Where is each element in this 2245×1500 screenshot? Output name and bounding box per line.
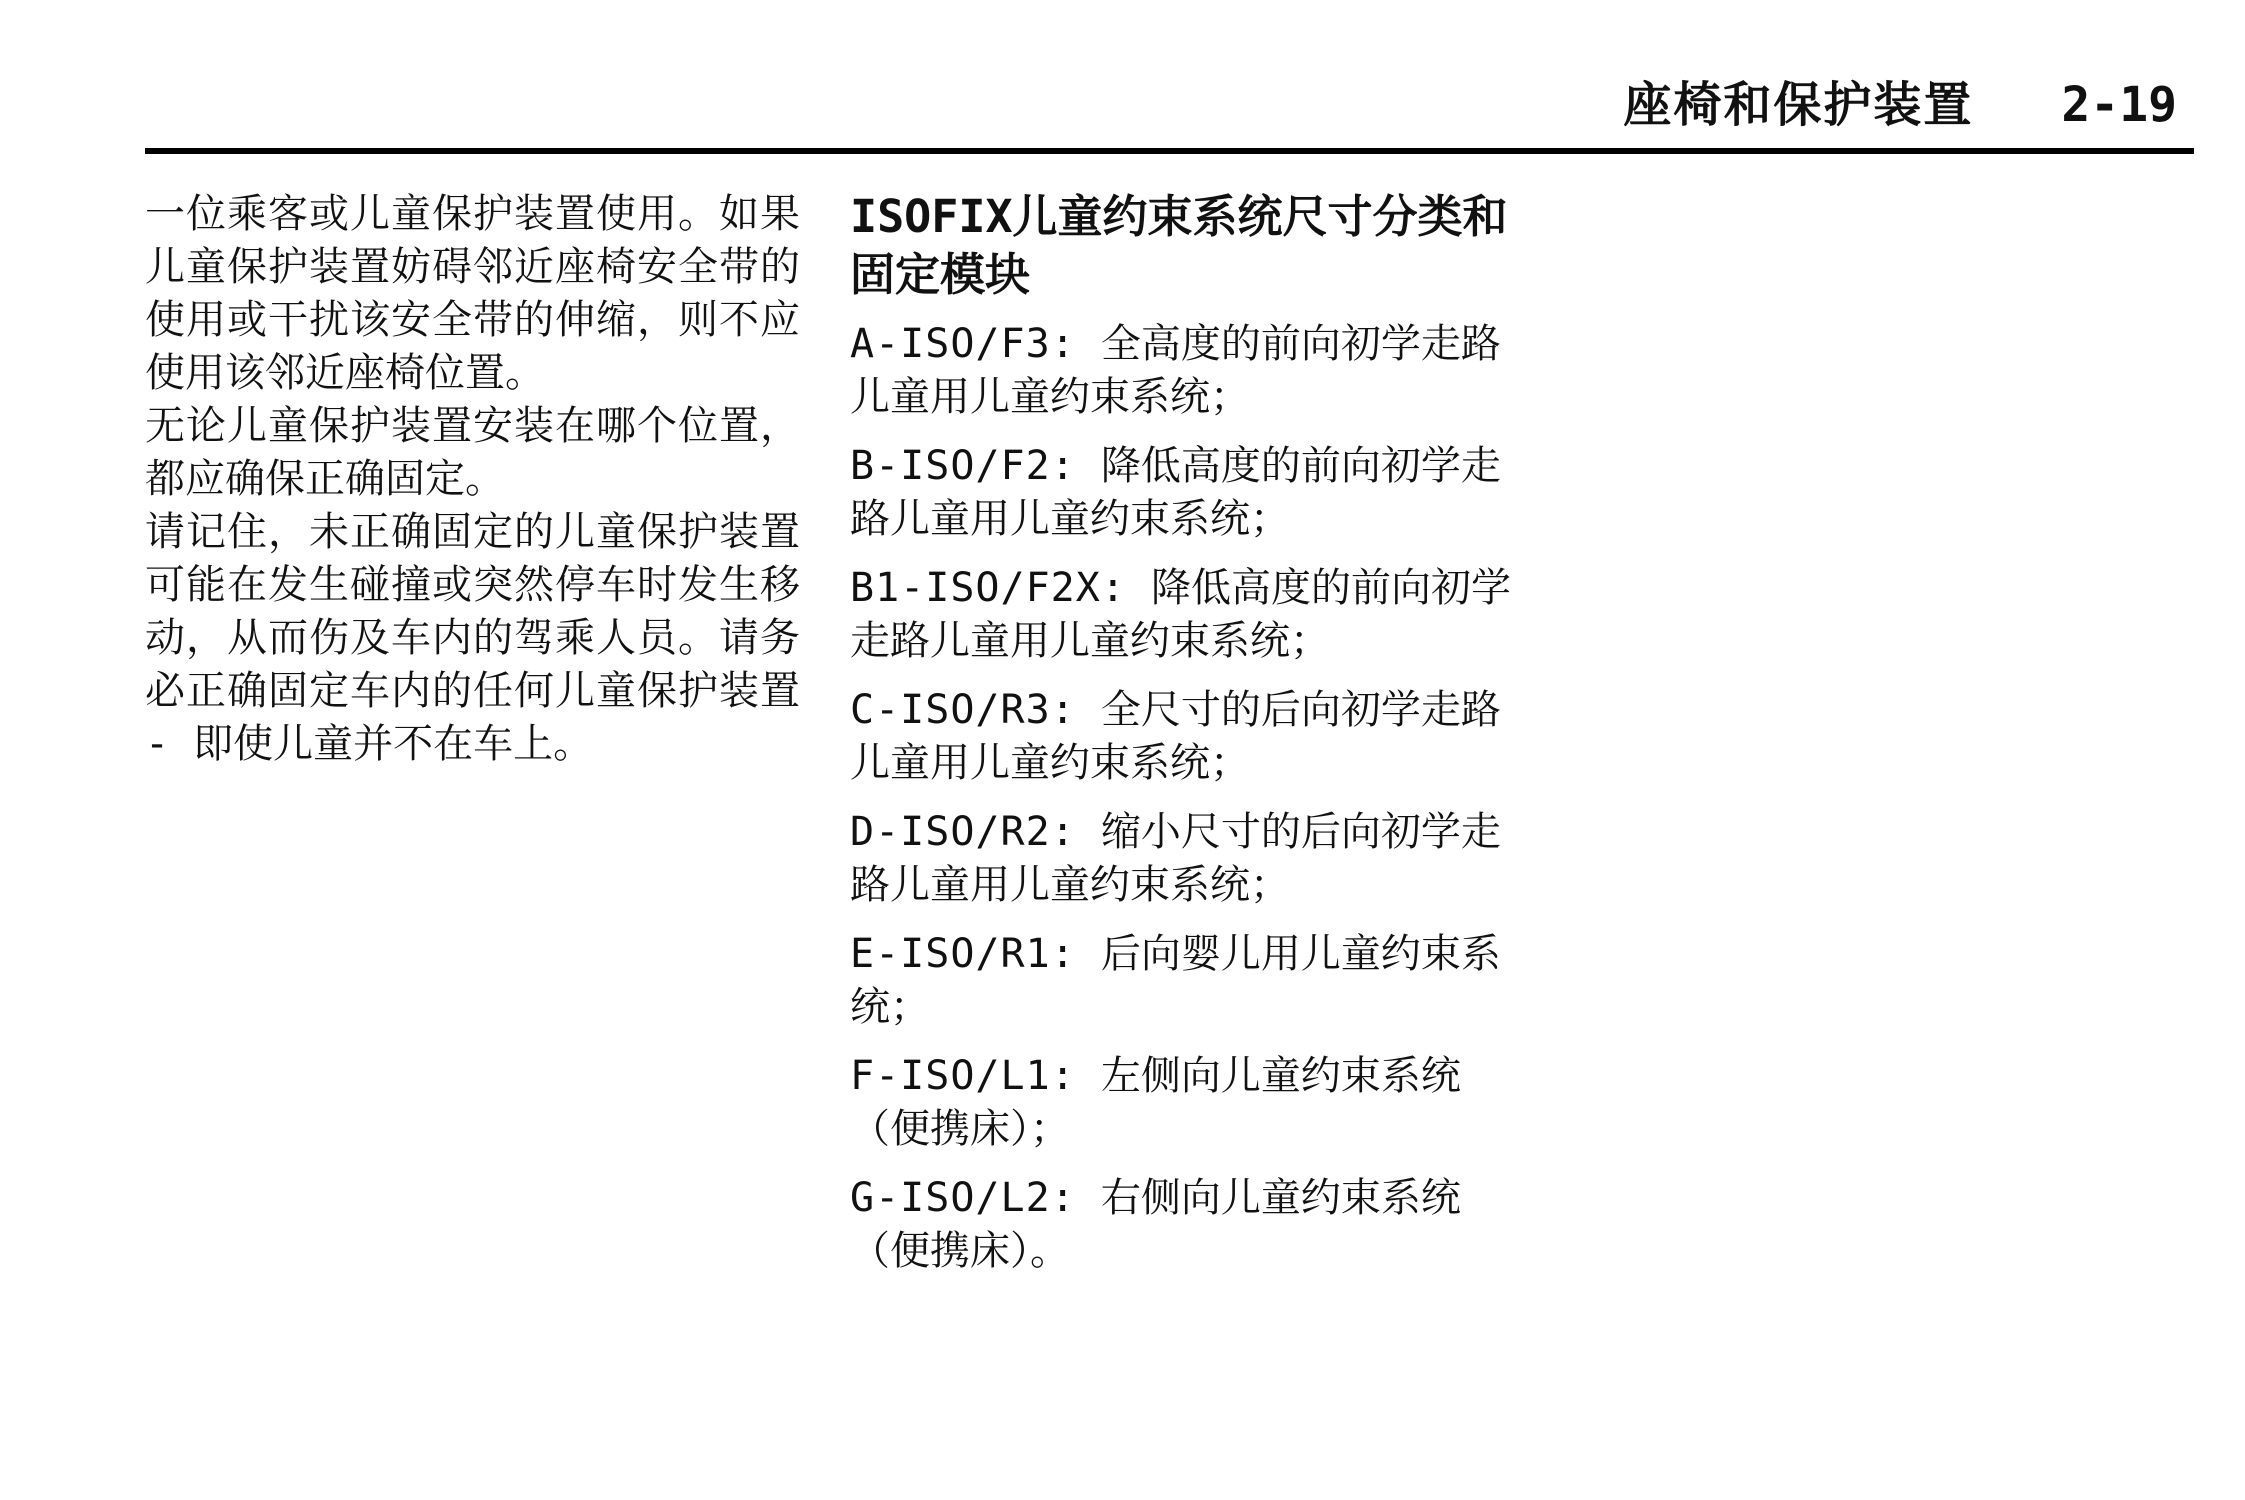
isofix-item: B1-ISO/F2X:降低高度的前向初学走路儿童用儿童约束系统； [850, 562, 1540, 668]
paragraph: 一位乘客或儿童保护装置使用。如果儿童保护装置妨碍邻近座椅安全带的使用或干扰该安全… [145, 188, 800, 400]
isofix-item: A-ISO/F3:全高度的前向初学走路儿童用儿童约束系统； [850, 318, 1540, 424]
left-column: 一位乘客或儿童保护装置使用。如果儿童保护装置妨碍邻近座椅安全带的使用或干扰该安全… [145, 188, 800, 771]
chapter-title: 座椅和保护装置 [1623, 77, 1973, 133]
isofix-item: G-ISO/L2:右侧向儿童约束系统（便携床）。 [850, 1172, 1540, 1278]
isofix-item: F-ISO/L1:左侧向儿童约束系统（便携床）； [850, 1050, 1540, 1156]
isofix-code: G-ISO/L2: [850, 1175, 1101, 1221]
page-content: 一位乘客或儿童保护装置使用。如果儿童保护装置妨碍邻近座椅安全带的使用或干扰该安全… [145, 188, 1540, 1294]
isofix-code: A-ISO/F3: [850, 321, 1101, 367]
isofix-code: C-ISO/R3: [850, 687, 1101, 733]
running-head: 座椅和保护装置2-19 [0, 0, 2245, 132]
isofix-code: B1-ISO/F2X: [850, 565, 1151, 611]
isofix-item: C-ISO/R3:全尺寸的后向初学走路儿童用儿童约束系统； [850, 684, 1540, 790]
paragraph: 请记住，未正确固定的儿童保护装置可能在发生碰撞或突然停车时发生移动，从而伤及车内… [145, 506, 800, 771]
isofix-item: B-ISO/F2:降低高度的前向初学走路儿童用儿童约束系统； [850, 440, 1540, 546]
isofix-code: B-ISO/F2: [850, 443, 1101, 489]
paragraph: 无论儿童保护装置安装在哪个位置，都应确保正确固定。 [145, 400, 800, 506]
right-column: ISOFIX儿童约束系统尺寸分类和固定模块 A-ISO/F3:全高度的前向初学走… [850, 188, 1540, 1294]
section-heading: ISOFIX儿童约束系统尺寸分类和固定模块 [850, 188, 1540, 304]
isofix-item: D-ISO/R2:缩小尺寸的后向初学走路儿童用儿童约束系统； [850, 806, 1540, 912]
manual-page: { "header": { "chapter_title": "座椅和保护装置"… [0, 0, 2245, 1500]
header-rule [145, 148, 2194, 154]
isofix-code: D-ISO/R2: [850, 809, 1101, 855]
isofix-code: F-ISO/L1: [850, 1053, 1101, 1099]
page-header: 座椅和保护装置2-19 [0, 0, 2245, 154]
page-number: 2-19 [2061, 77, 2177, 133]
isofix-code: E-ISO/R1: [850, 931, 1101, 977]
isofix-item: E-ISO/R1:后向婴儿用儿童约束系统； [850, 928, 1540, 1034]
